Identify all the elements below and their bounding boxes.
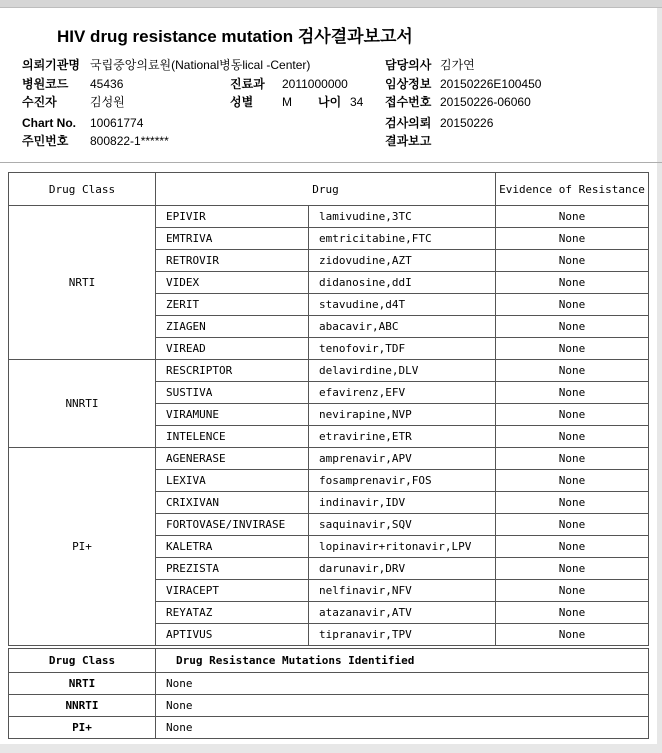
col-header-evidence: Evidence of Resistance xyxy=(496,173,649,206)
label-clinical-info: 임상정보 xyxy=(385,77,431,92)
drug-brand-cell: EMTRIVA xyxy=(156,228,309,250)
value-patient: 김성원 xyxy=(90,95,125,110)
drug-brand-cell: ZERIT xyxy=(156,294,309,316)
label-age: 나이 xyxy=(318,95,341,110)
drug-generic-cell: emtricitabine,FTC xyxy=(309,228,496,250)
mutation-row: PI+None xyxy=(9,717,649,739)
evidence-cell: None xyxy=(496,514,649,536)
drug-brand-cell: VIDEX xyxy=(156,272,309,294)
evidence-cell: None xyxy=(496,492,649,514)
col-header-drug-class: Drug Class xyxy=(9,649,156,673)
label-resident-id: 주민번호 xyxy=(22,134,68,149)
section-divider xyxy=(0,162,662,163)
col-header-mutations: Drug Resistance Mutations Identified xyxy=(156,649,649,673)
drug-generic-cell: tipranavir,TPV xyxy=(309,624,496,646)
drug-row: PI+AGENERASEamprenavir,APVNone xyxy=(9,448,649,470)
mutation-row: NRTINone xyxy=(9,673,649,695)
mutations-cell: None xyxy=(156,695,649,717)
evidence-cell: None xyxy=(496,206,649,228)
drug-generic-cell: stavudine,d4T xyxy=(309,294,496,316)
drug-generic-cell: delavirdine,DLV xyxy=(309,360,496,382)
scrollbar-track[interactable] xyxy=(657,8,662,753)
evidence-cell: None xyxy=(496,624,649,646)
label-requesting-org: 의뢰기관명 xyxy=(22,58,80,73)
evidence-cell: None xyxy=(496,470,649,492)
drug-generic-cell: nevirapine,NVP xyxy=(309,404,496,426)
drug-brand-cell: AGENERASE xyxy=(156,448,309,470)
value-resident-id: 800822-1****** xyxy=(90,134,169,149)
label-test-request: 검사의뢰 xyxy=(385,116,431,131)
value-department: 2011000000 xyxy=(282,77,348,92)
label-receipt-no: 접수번호 xyxy=(385,95,431,110)
drug-generic-cell: fosamprenavir,FOS xyxy=(309,470,496,492)
evidence-cell: None xyxy=(496,404,649,426)
value-hospital-code: 45436 xyxy=(90,77,123,92)
drug-generic-cell: efavirenz,EFV xyxy=(309,382,496,404)
mutations-cell: None xyxy=(156,673,649,695)
window-top-bar xyxy=(0,0,662,8)
drug-generic-cell: darunavir,DRV xyxy=(309,558,496,580)
drug-generic-cell: didanosine,ddI xyxy=(309,272,496,294)
evidence-cell: None xyxy=(496,338,649,360)
mutations-cell: None xyxy=(156,717,649,739)
drug-generic-cell: etravirine,ETR xyxy=(309,426,496,448)
drug-brand-cell: APTIVUS xyxy=(156,624,309,646)
evidence-cell: None xyxy=(496,316,649,338)
label-department: 진료과 xyxy=(230,77,265,92)
evidence-cell: None xyxy=(496,602,649,624)
label-chart-no: Chart No. xyxy=(22,116,76,131)
value-test-request: 20150226 xyxy=(440,116,493,131)
drug-generic-cell: zidovudine,AZT xyxy=(309,250,496,272)
drug-brand-cell: RESCRIPTOR xyxy=(156,360,309,382)
evidence-cell: None xyxy=(496,360,649,382)
evidence-cell: None xyxy=(496,382,649,404)
drug-brand-cell: EPIVIR xyxy=(156,206,309,228)
label-sex: 성별 xyxy=(230,95,253,110)
page-title: HIV drug resistance mutation 검사결과보고서 xyxy=(57,22,413,47)
drug-class-cell: PI+ xyxy=(9,448,156,646)
label-patient: 수진자 xyxy=(22,95,57,110)
drug-brand-cell: REYATAZ xyxy=(156,602,309,624)
drug-brand-cell: VIREAD xyxy=(156,338,309,360)
value-chart-no: 10061774 xyxy=(90,116,143,131)
drug-brand-cell: FORTOVASE/INVIRASE xyxy=(156,514,309,536)
col-header-drug: Drug xyxy=(156,173,496,206)
drug-class-cell: NRTI xyxy=(9,673,156,695)
drug-row: NRTIEPIVIRlamivudine,3TCNone xyxy=(9,206,649,228)
drug-brand-cell: RETROVIR xyxy=(156,250,309,272)
resistance-table: Drug Class Drug Evidence of Resistance N… xyxy=(8,172,649,646)
drug-brand-cell: CRIXIVAN xyxy=(156,492,309,514)
drug-generic-cell: amprenavir,APV xyxy=(309,448,496,470)
value-age: 34 xyxy=(350,95,363,110)
col-header-drug-class: Drug Class xyxy=(9,173,156,206)
drug-generic-cell: abacavir,ABC xyxy=(309,316,496,338)
drug-brand-cell: LEXIVA xyxy=(156,470,309,492)
drug-brand-cell: VIRACEPT xyxy=(156,580,309,602)
evidence-cell: None xyxy=(496,426,649,448)
evidence-cell: None xyxy=(496,580,649,602)
evidence-cell: None xyxy=(496,294,649,316)
evidence-cell: None xyxy=(496,228,649,250)
drug-generic-cell: saquinavir,SQV xyxy=(309,514,496,536)
label-hospital-code: 병원코드 xyxy=(22,77,68,92)
value-clinical-info: 20150226E100450 xyxy=(440,77,541,92)
label-doctor: 담당의사 xyxy=(385,58,431,73)
drug-class-cell: PI+ xyxy=(9,717,156,739)
label-result-report: 결과보고 xyxy=(385,134,431,149)
drug-brand-cell: SUSTIVA xyxy=(156,382,309,404)
drug-brand-cell: INTELENCE xyxy=(156,426,309,448)
evidence-cell: None xyxy=(496,448,649,470)
drug-generic-cell: atazanavir,ATV xyxy=(309,602,496,624)
drug-brand-cell: PREZISTA xyxy=(156,558,309,580)
drug-row: NNRTIRESCRIPTORdelavirdine,DLVNone xyxy=(9,360,649,382)
value-requesting-org: 국립중앙의료원(National병동lical -Center) xyxy=(90,58,310,73)
value-doctor: 김가연 xyxy=(440,58,475,73)
window-bottom-bar xyxy=(0,744,657,753)
drug-class-cell: NNRTI xyxy=(9,360,156,448)
evidence-cell: None xyxy=(496,558,649,580)
resistance-table-header-row: Drug Class Drug Evidence of Resistance xyxy=(9,173,649,206)
drug-brand-cell: ZIAGEN xyxy=(156,316,309,338)
drug-class-cell: NNRTI xyxy=(9,695,156,717)
drug-generic-cell: lopinavir+ritonavir,LPV xyxy=(309,536,496,558)
drug-generic-cell: indinavir,IDV xyxy=(309,492,496,514)
drug-class-cell: NRTI xyxy=(9,206,156,360)
drug-generic-cell: lamivudine,3TC xyxy=(309,206,496,228)
mutations-table-header-row: Drug Class Drug Resistance Mutations Ide… xyxy=(9,649,649,673)
evidence-cell: None xyxy=(496,536,649,558)
drug-generic-cell: nelfinavir,NFV xyxy=(309,580,496,602)
evidence-cell: None xyxy=(496,250,649,272)
value-receipt-no: 20150226-06060 xyxy=(440,95,531,110)
drug-generic-cell: tenofovir,TDF xyxy=(309,338,496,360)
mutation-row: NNRTINone xyxy=(9,695,649,717)
evidence-cell: None xyxy=(496,272,649,294)
value-sex: M xyxy=(282,95,292,110)
drug-brand-cell: VIRAMUNE xyxy=(156,404,309,426)
mutations-table: Drug Class Drug Resistance Mutations Ide… xyxy=(8,648,649,739)
drug-brand-cell: KALETRA xyxy=(156,536,309,558)
